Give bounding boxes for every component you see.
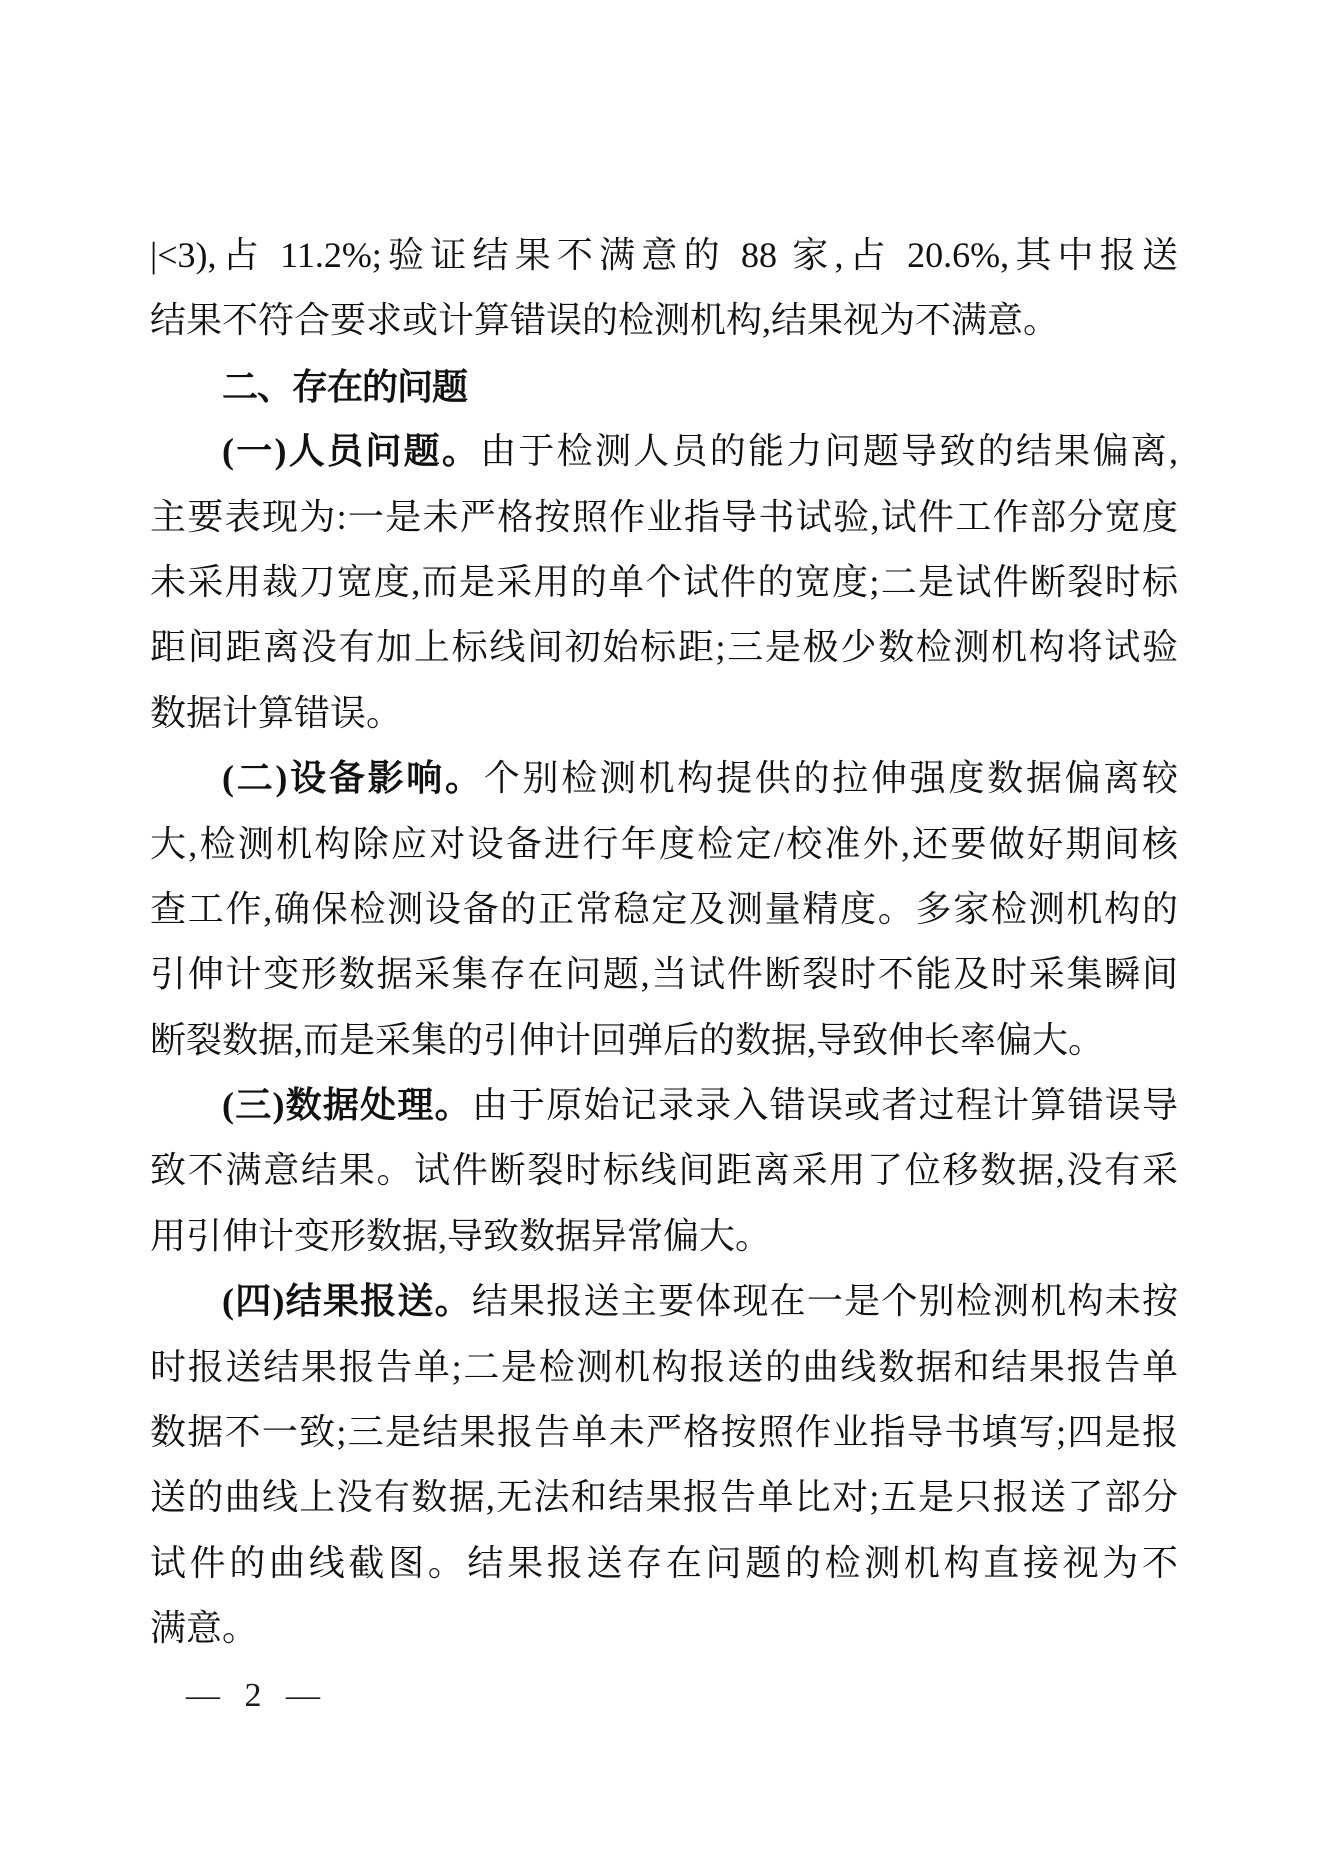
text-line: 致不满意结果。试件断裂时标线间距离采用了位移数据,没有采 bbox=[150, 1138, 1178, 1203]
paragraph-lead: (二)设备影响。 bbox=[222, 758, 484, 798]
text-line: 满意。 bbox=[150, 1596, 1178, 1661]
text-line: 数据不一致;三是结果报告单未严格按照作业指导书填写;四是报 bbox=[150, 1400, 1178, 1465]
paragraph-text: 由于检测人员的能力问题导致的结果偏离, bbox=[480, 431, 1178, 471]
text-line: 大,检测机构除应对设备进行年度检定/校准外,还要做好期间核 bbox=[150, 812, 1178, 877]
text-line: |<3),占 11.2%;验证结果不满意的 88 家,占 20.6%,其中报送 bbox=[150, 223, 1178, 288]
paragraph-text: 由于原始记录录入错误或者过程计算错误导 bbox=[472, 1085, 1178, 1125]
text-line: (四)结果报送。结果报送主要体现在一是个别检测机构未按 bbox=[150, 1269, 1178, 1334]
text-line: 引伸计变形数据采集存在问题,当试件断裂时不能及时采集瞬间 bbox=[150, 942, 1178, 1007]
text-line: 时报送结果报告单;二是检测机构报送的曲线数据和结果报告单 bbox=[150, 1335, 1178, 1400]
paragraph-text: 个别检测机构提供的拉伸强度数据偏离较 bbox=[484, 758, 1178, 798]
section-heading: 二、存在的问题 bbox=[150, 354, 1178, 419]
text-line: 试件的曲线截图。结果报送存在问题的检测机构直接视为不 bbox=[150, 1531, 1178, 1596]
paragraph-text: 结果报送主要体现在一是个别检测机构未按 bbox=[472, 1281, 1178, 1321]
text-line: 查工作,确保检测设备的正常稳定及测量精度。多家检测机构的 bbox=[150, 877, 1178, 942]
text-line: 未采用裁刀宽度,而是采用的单个试件的宽度;二是试件断裂时标 bbox=[150, 550, 1178, 615]
body-text: |<3),占 11.2%;验证结果不满意的 88 家,占 20.6%,其中报送 … bbox=[150, 223, 1178, 1662]
text-line: 结果不符合要求或计算错误的检测机构,结果视为不满意。 bbox=[150, 288, 1178, 353]
text-line: 数据计算错误。 bbox=[150, 681, 1178, 746]
text-line: (一)人员问题。由于检测人员的能力问题导致的结果偏离, bbox=[150, 419, 1178, 484]
document-page: |<3),占 11.2%;验证结果不满意的 88 家,占 20.6%,其中报送 … bbox=[0, 0, 1323, 1871]
text-line: 送的曲线上没有数据,无法和结果报告单比对;五是只报送了部分 bbox=[150, 1465, 1178, 1530]
text-line: 主要表现为:一是未严格按照作业指导书试验,试件工作部分宽度 bbox=[150, 485, 1178, 550]
text-line: 距间距离没有加上标线间初始标距;三是极少数检测机构将试验 bbox=[150, 615, 1178, 680]
text-line: 断裂数据,而是采集的引伸计回弹后的数据,导致伸长率偏大。 bbox=[150, 1008, 1178, 1073]
text-line: (三)数据处理。由于原始记录录入错误或者过程计算错误导 bbox=[150, 1073, 1178, 1138]
page-number: — 2 — bbox=[186, 1674, 320, 1718]
paragraph-lead: (四)结果报送。 bbox=[222, 1281, 472, 1321]
paragraph-lead: (三)数据处理。 bbox=[222, 1085, 472, 1125]
text-line: 用引伸计变形数据,导致数据异常偏大。 bbox=[150, 1204, 1178, 1269]
paragraph-lead: (一)人员问题。 bbox=[222, 431, 480, 471]
text-line: (二)设备影响。个别检测机构提供的拉伸强度数据偏离较 bbox=[150, 746, 1178, 811]
